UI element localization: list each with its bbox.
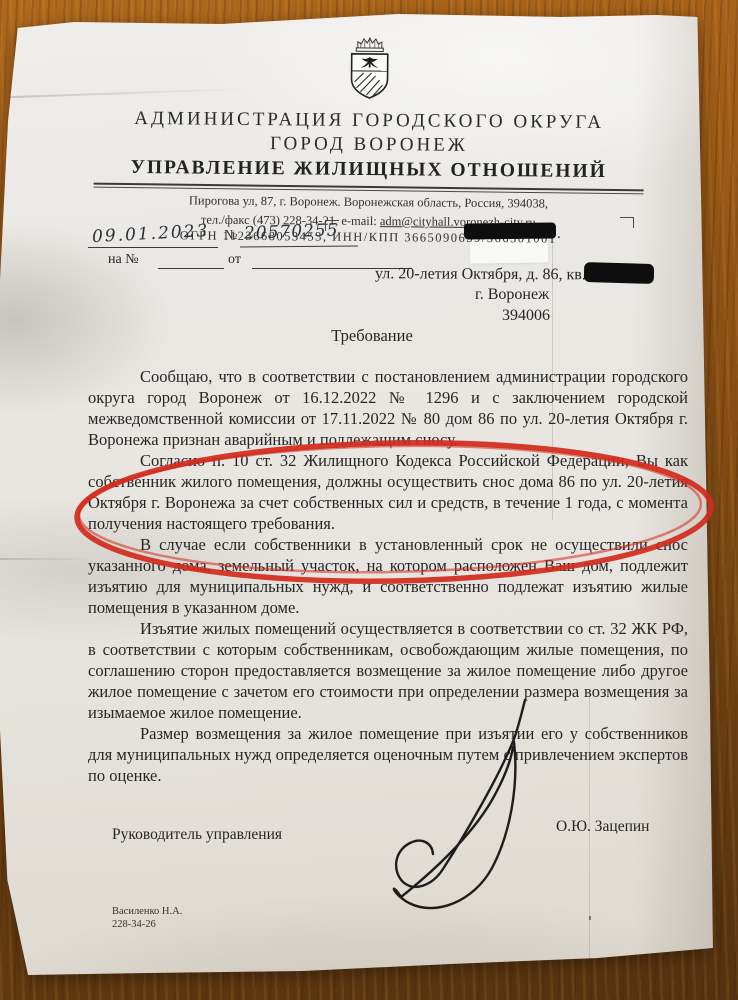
recipient-postal-code: 394006 — [502, 307, 550, 325]
redaction-box-name — [464, 223, 556, 240]
reply-number-underline — [158, 268, 224, 269]
letterhead: АДМИНИСТРАЦИЯ ГОРОДСКОГО ОКРУГА ГОРОД ВО… — [0, 33, 738, 248]
executor-phone: 228-34-26 — [112, 919, 182, 932]
ink-speck — [589, 916, 591, 920]
letterhead-address: Пирогова ул, 87, г. Воронеж. Воронежская… — [0, 192, 738, 213]
department-name: УПРАВЛЕНИЕ ЖИЛИЩНЫХ ОТНОШЕНИЙ — [0, 156, 738, 184]
reply-to-label: на № — [108, 252, 139, 268]
signer-name: О.Ю. Зацепин — [556, 818, 649, 836]
reply-from-label: от — [228, 252, 241, 268]
executor-name: Василенко Н.А. — [112, 906, 182, 919]
date-underline — [88, 247, 218, 248]
paragraph-3: В случае если собственники в установленн… — [88, 534, 688, 618]
number-sign: № — [224, 228, 237, 244]
redaction-box-apartment — [584, 262, 655, 284]
executor-info: Василенко Н.А. 228-34-26 — [112, 906, 182, 931]
paragraph-4: Изъятие жилых помещений осуществляется в… — [88, 618, 688, 723]
document-body: Сообщаю, что в соответствии с постановле… — [88, 366, 688, 786]
paragraph-1: Сообщаю, что в соответствии с постановле… — [88, 366, 688, 450]
address-corner-mark-icon — [620, 217, 634, 228]
recipient-city: г. Воронеж — [475, 286, 549, 304]
signer-position-title: Руководитель управления — [112, 826, 282, 844]
organization-name-line2: ГОРОД ВОРОНЕЖ — [0, 131, 738, 159]
period-after-redaction: . — [557, 226, 561, 243]
fold-crease — [0, 558, 90, 560]
photo-scene: АДМИНИСТРАЦИЯ ГОРОДСКОГО ОКРУГА ГОРОД ВО… — [0, 0, 738, 1000]
paragraph-5: Размер возмещения за жилое помещение при… — [88, 723, 688, 786]
voronezh-coat-of-arms-icon — [341, 36, 398, 102]
address-corner-mark-icon — [325, 220, 339, 231]
document-title: Требование — [0, 326, 738, 346]
paragraph-2-circled: Согласно п. 10 ст. 32 Жилищного Кодекса … — [88, 450, 688, 534]
